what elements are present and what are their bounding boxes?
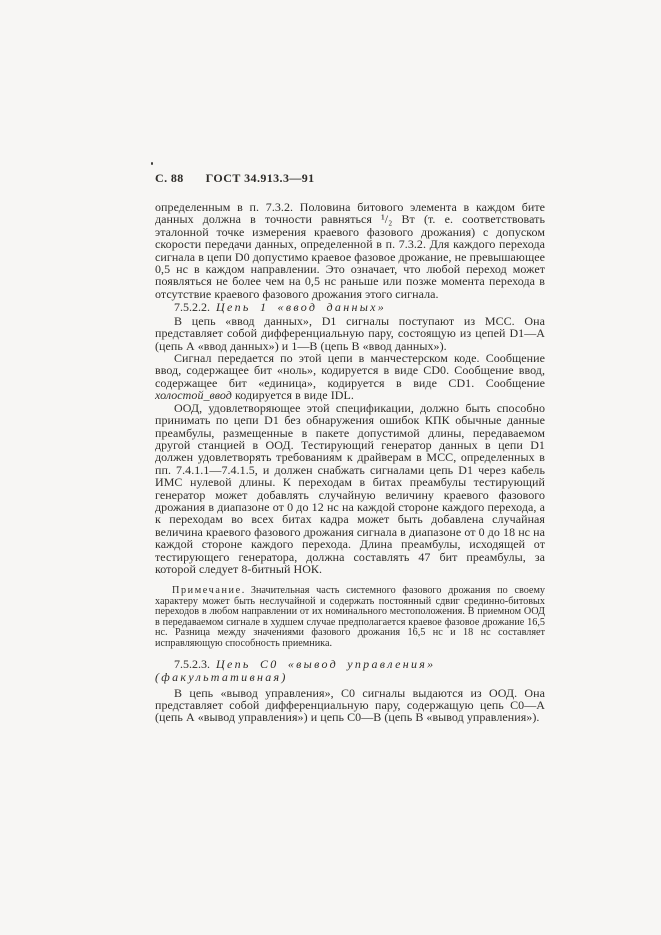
paragraph-data-input-circuit: В цепь «ввод данных», D1 сигналы поступа… [155,315,545,352]
paragraph-continuation: определенным в п. 7.3.2. Половина битово… [155,201,545,300]
paragraph-text-before: Сигнал передается по этой цепи в манчест… [155,351,545,390]
note-label: Примечание. [172,585,246,596]
section-heading-7-5-2-2: 7.5.2.2.Цепь 1 «ввод данных» [155,301,545,314]
section-number: 7.5.2.2. [174,300,210,314]
note-text: Значительная часть системного фазового д… [155,585,545,649]
paragraph-control-output-circuit: В цепь «вывод управления», С0 сигналы вы… [155,687,545,724]
paragraph-manchester-coding: Сигнал передается по этой цепи в манчест… [155,352,545,402]
paragraph-ood-requirements: ООД, удовлетворяющее этой спецификации, … [155,402,545,576]
section-heading-7-5-2-3: 7.5.2.3.Цепь С0 «вывод управления» (факу… [155,658,545,683]
running-header: С. 88 ГОСТ 34.913.3—91 [155,171,545,186]
note-paragraph: Примечание.Значительная часть системного… [155,586,545,649]
scan-artifact-dot [151,162,153,165]
section-title: Цепь 1 «ввод данных» [216,300,386,314]
page-number: С. 88 [155,171,184,186]
document-page: С. 88 ГОСТ 34.913.3—91 определенным в п.… [0,0,661,935]
text-column: С. 88 ГОСТ 34.913.3—91 определенным в п.… [155,171,545,724]
standard-number: ГОСТ 34.913.3—91 [206,171,315,186]
